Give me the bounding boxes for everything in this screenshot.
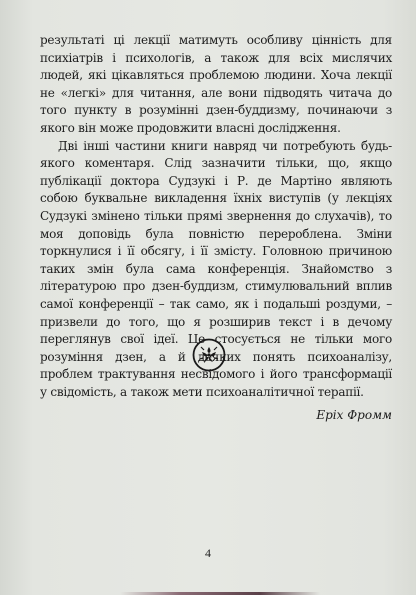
author-signature: Еріх Фромм [40, 408, 392, 422]
paragraph-1: результаті ці лекції матимуть особливу ц… [40, 32, 392, 138]
page-number: 4 [0, 546, 416, 561]
flower-emblem-icon [192, 338, 226, 372]
